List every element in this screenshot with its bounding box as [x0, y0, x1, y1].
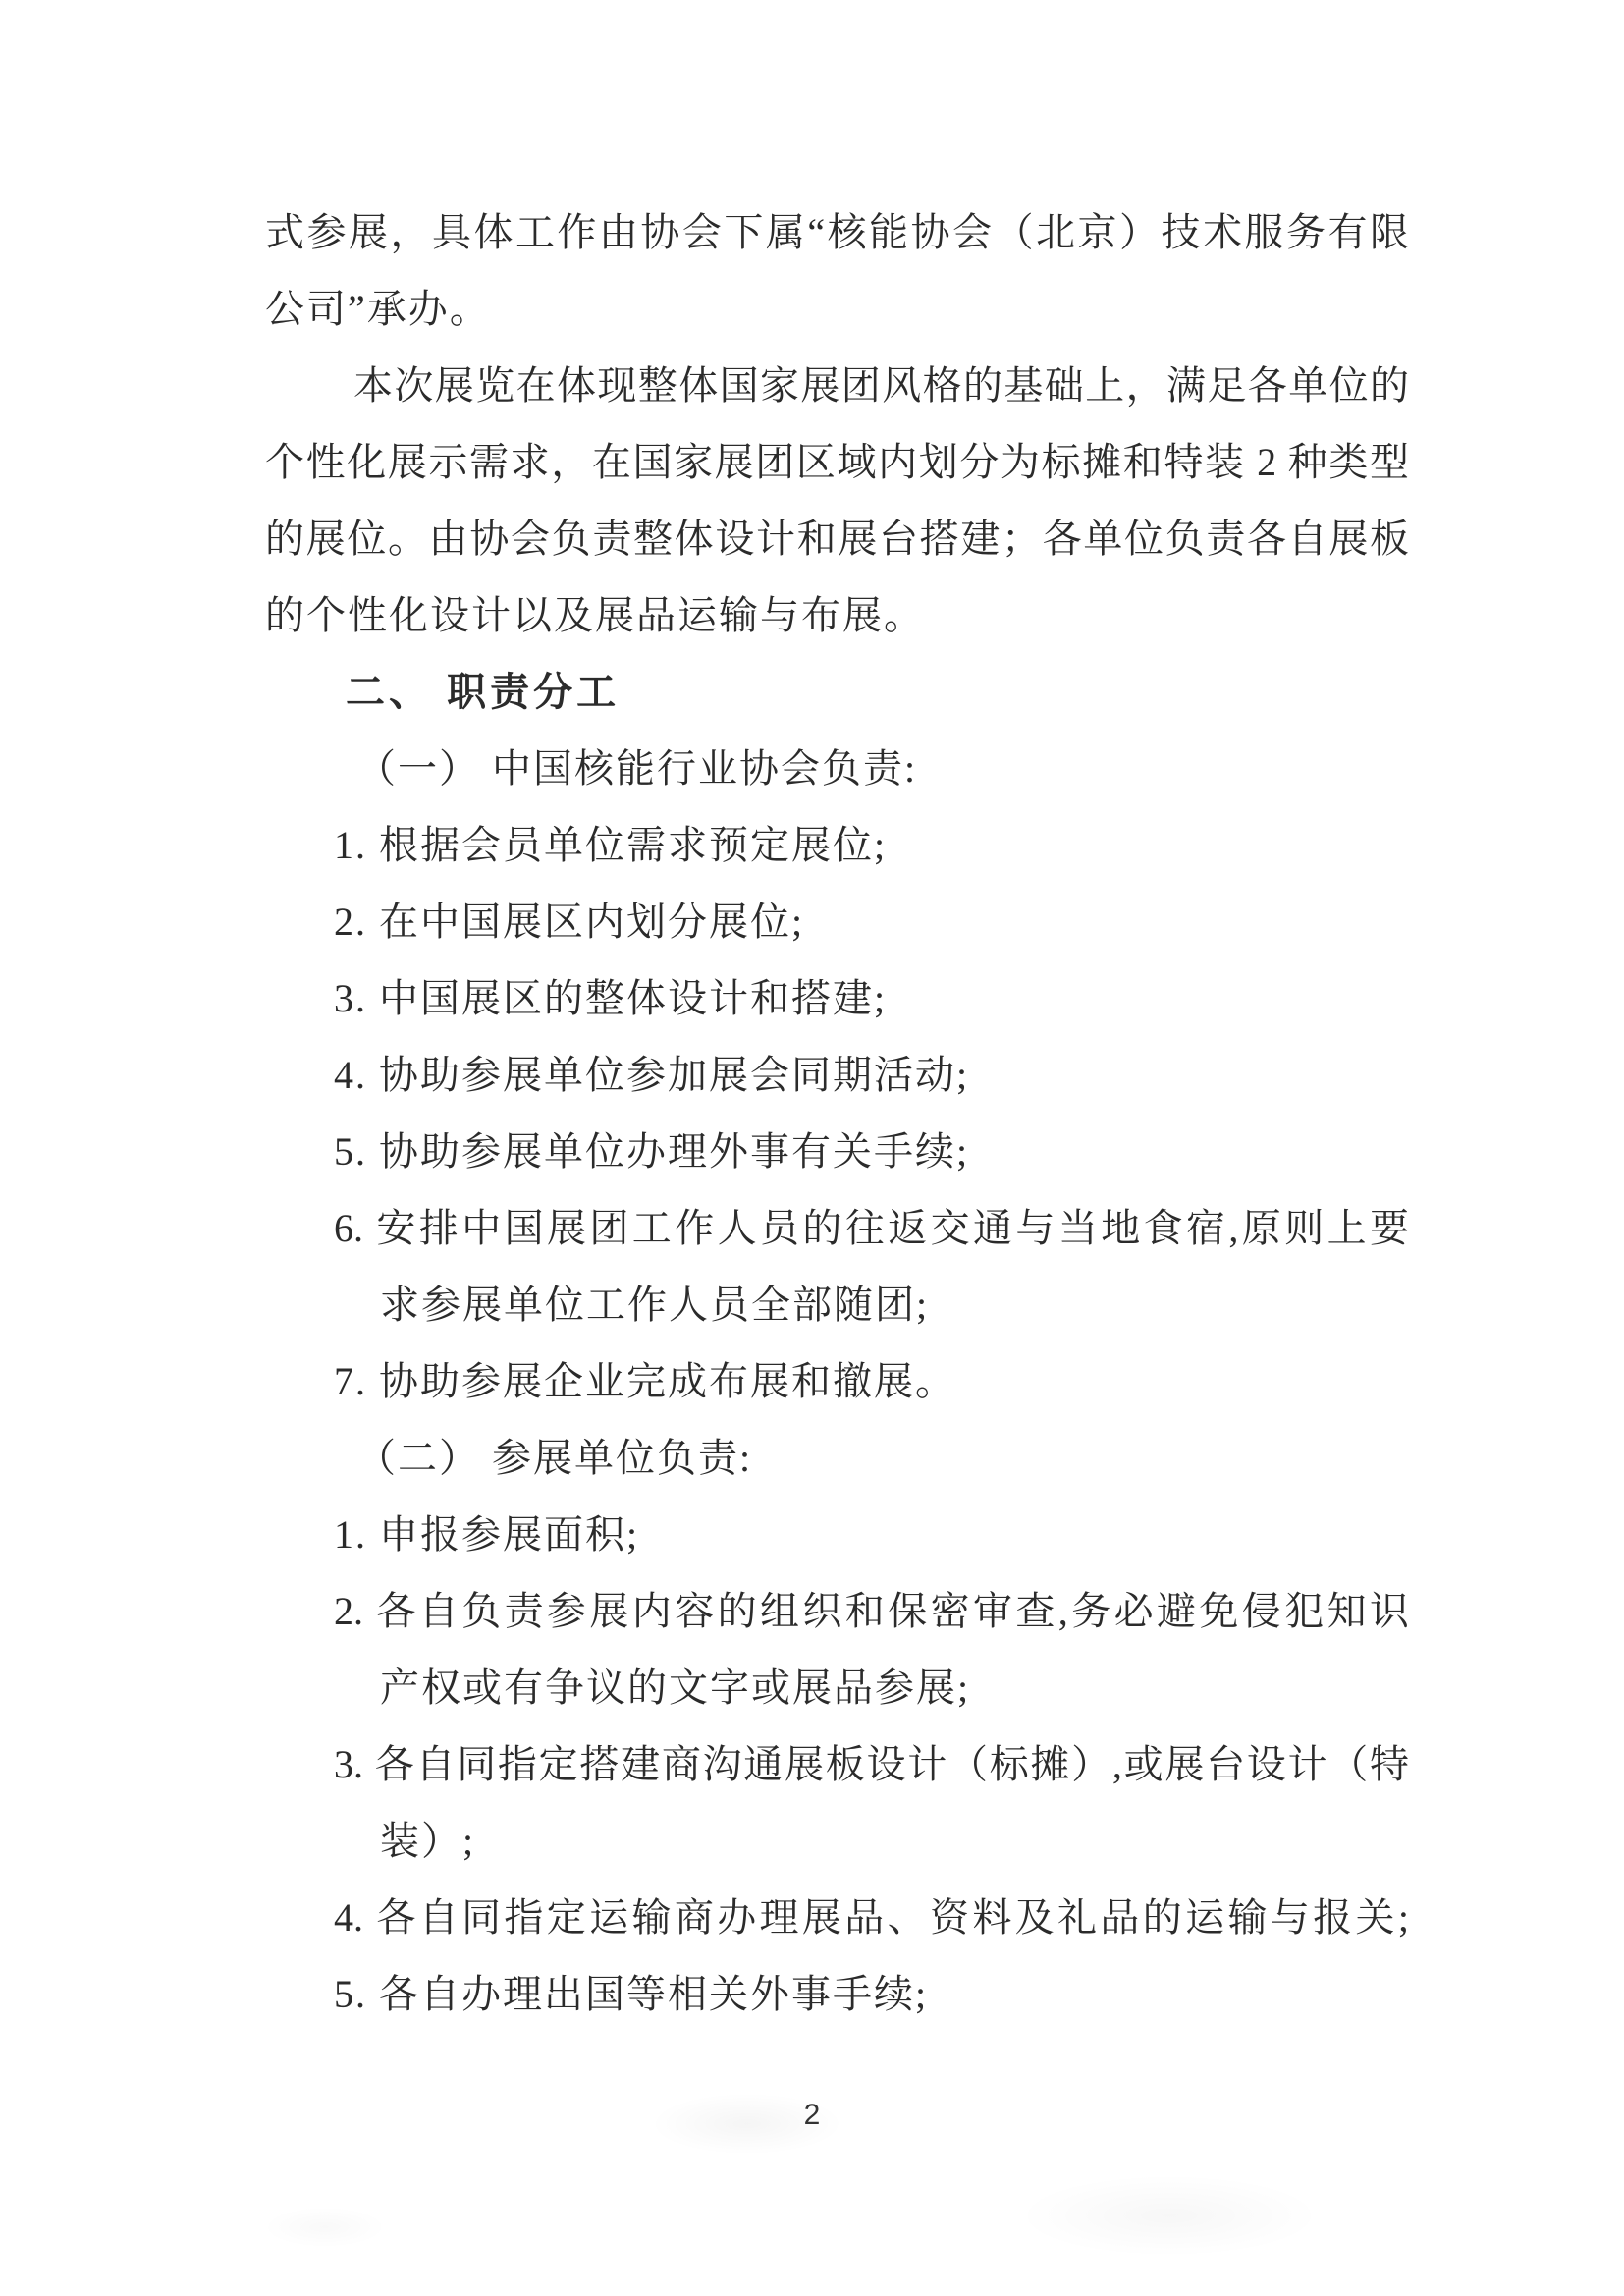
- list-item-continuation: 求参展单位工作人员全部随团;: [380, 1267, 1409, 1343]
- body-line: 本次展览在体现整体国家展团风格的基础上，满足各单位的: [353, 348, 1409, 424]
- list-item: 2. 各自负责参展内容的组织和保密审查,务必避免侵犯知识: [334, 1573, 1409, 1650]
- body-line: 的展位。由协会负责整体设计和展台搭建；各单位负责各自展板: [265, 501, 1409, 577]
- list-item: 3. 中国展区的整体设计和搭建;: [334, 960, 1409, 1037]
- list-item: 1. 根据会员单位需求预定展位;: [334, 807, 1409, 884]
- subsection-heading: （一） 中国核能行业协会负责:: [356, 731, 1409, 807]
- list-item: 4. 协助参展单位参加展会同期活动;: [334, 1037, 1409, 1114]
- list-item: 4. 各自同指定运输商办理展品、资料及礼品的运输与报关;: [334, 1880, 1409, 1956]
- list-item: 5. 协助参展单位办理外事有关手续;: [334, 1114, 1409, 1190]
- list-item: 1. 申报参展面积;: [334, 1497, 1409, 1573]
- list-item: 6. 安排中国展团工作人员的往返交通与当地食宿,原则上要: [334, 1190, 1409, 1267]
- text-block: 式参展，具体工作由协会下属“核能协会（北京）技术服务有限 公司”承办。 本次展览…: [265, 194, 1409, 2033]
- body-line: 个性化展示需求，在国家展团区域内划分为标摊和特装 2 种类型: [265, 424, 1409, 501]
- list-item-continuation: 装）;: [380, 1803, 1409, 1880]
- list-item: 5. 各自办理出国等相关外事手续;: [334, 1956, 1409, 2033]
- body-line: 公司”承办。: [265, 271, 1409, 348]
- page-number: 2: [0, 2098, 1624, 2133]
- list-item: 7. 协助参展企业完成布展和撤展。: [334, 1343, 1409, 1420]
- document-page: 式参展，具体工作由协会下属“核能协会（北京）技术服务有限 公司”承办。 本次展览…: [0, 0, 1624, 2296]
- body-line: 式参展，具体工作由协会下属“核能协会（北京）技术服务有限: [265, 194, 1409, 271]
- subsection-heading: （二） 参展单位负责:: [356, 1420, 1409, 1497]
- section-heading: 二、 职责分工: [346, 654, 1409, 731]
- body-line: 的个性化设计以及展品运输与布展。: [265, 577, 1409, 654]
- list-item: 2. 在中国展区内划分展位;: [334, 884, 1409, 960]
- list-item-continuation: 产权或有争议的文字或展品参展;: [380, 1650, 1409, 1726]
- list-item: 3. 各自同指定搭建商沟通展板设计（标摊）,或展台设计（特: [334, 1726, 1409, 1803]
